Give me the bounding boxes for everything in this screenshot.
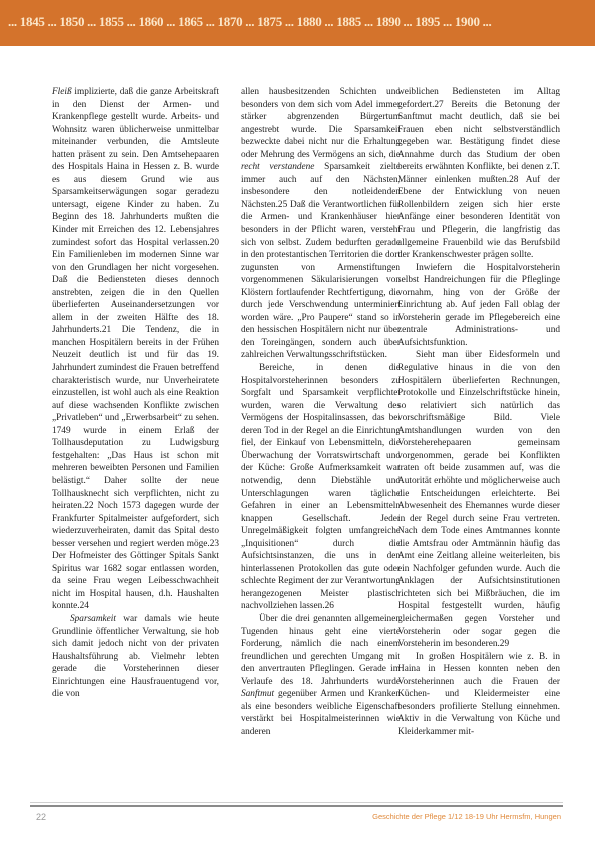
timeline-years: ... 1845 ... 1850 ... 1855 ... 1860 ... … [8,14,491,30]
emphasis: Sparsamkeit [70,614,116,624]
emphasis: Sanftmut [241,689,274,699]
paragraph: In großen Hospitälern wie z. B. in Haina… [398,651,560,739]
paragraph: weiblichen Bediensteten im Alltag geford… [398,86,560,262]
emphasis: Fleiß [52,87,72,97]
text-column-3: weiblichen Bediensteten im Alltag geford… [398,86,560,738]
emphasis: recht verstandene [241,162,314,172]
paragraph: Bereiche, in denen die Hospitalvorsteher… [241,362,400,613]
paragraph: Fleiß implizierte, daß die ganze Arbeits… [52,86,219,613]
footer-credit: Geschichte der Pflege 1/12 18-19 Uhr Her… [372,812,561,821]
paragraph: Inwiefern die Hospitalvorsteherin selbst… [398,262,560,350]
text-column-1: Fleiß implizierte, daß die ganze Arbeits… [52,86,219,701]
header-band: ... 1845 ... 1850 ... 1855 ... 1860 ... … [0,0,595,46]
text-column-2: allen hausbesitzenden Schichten und beso… [241,86,400,738]
footer-divider-thin [30,802,563,803]
page-number: 22 [36,812,46,822]
footer-divider [30,805,563,807]
paragraph: Über die drei genannten allgemeinen Tuge… [241,613,400,738]
paragraph: Sparsamkeit war damals wie heute Grundli… [52,613,219,701]
paragraph: allen hausbesitzenden Schichten und beso… [241,86,400,362]
paragraph: Sieht man über Eidesformeln und Regulati… [398,349,560,650]
